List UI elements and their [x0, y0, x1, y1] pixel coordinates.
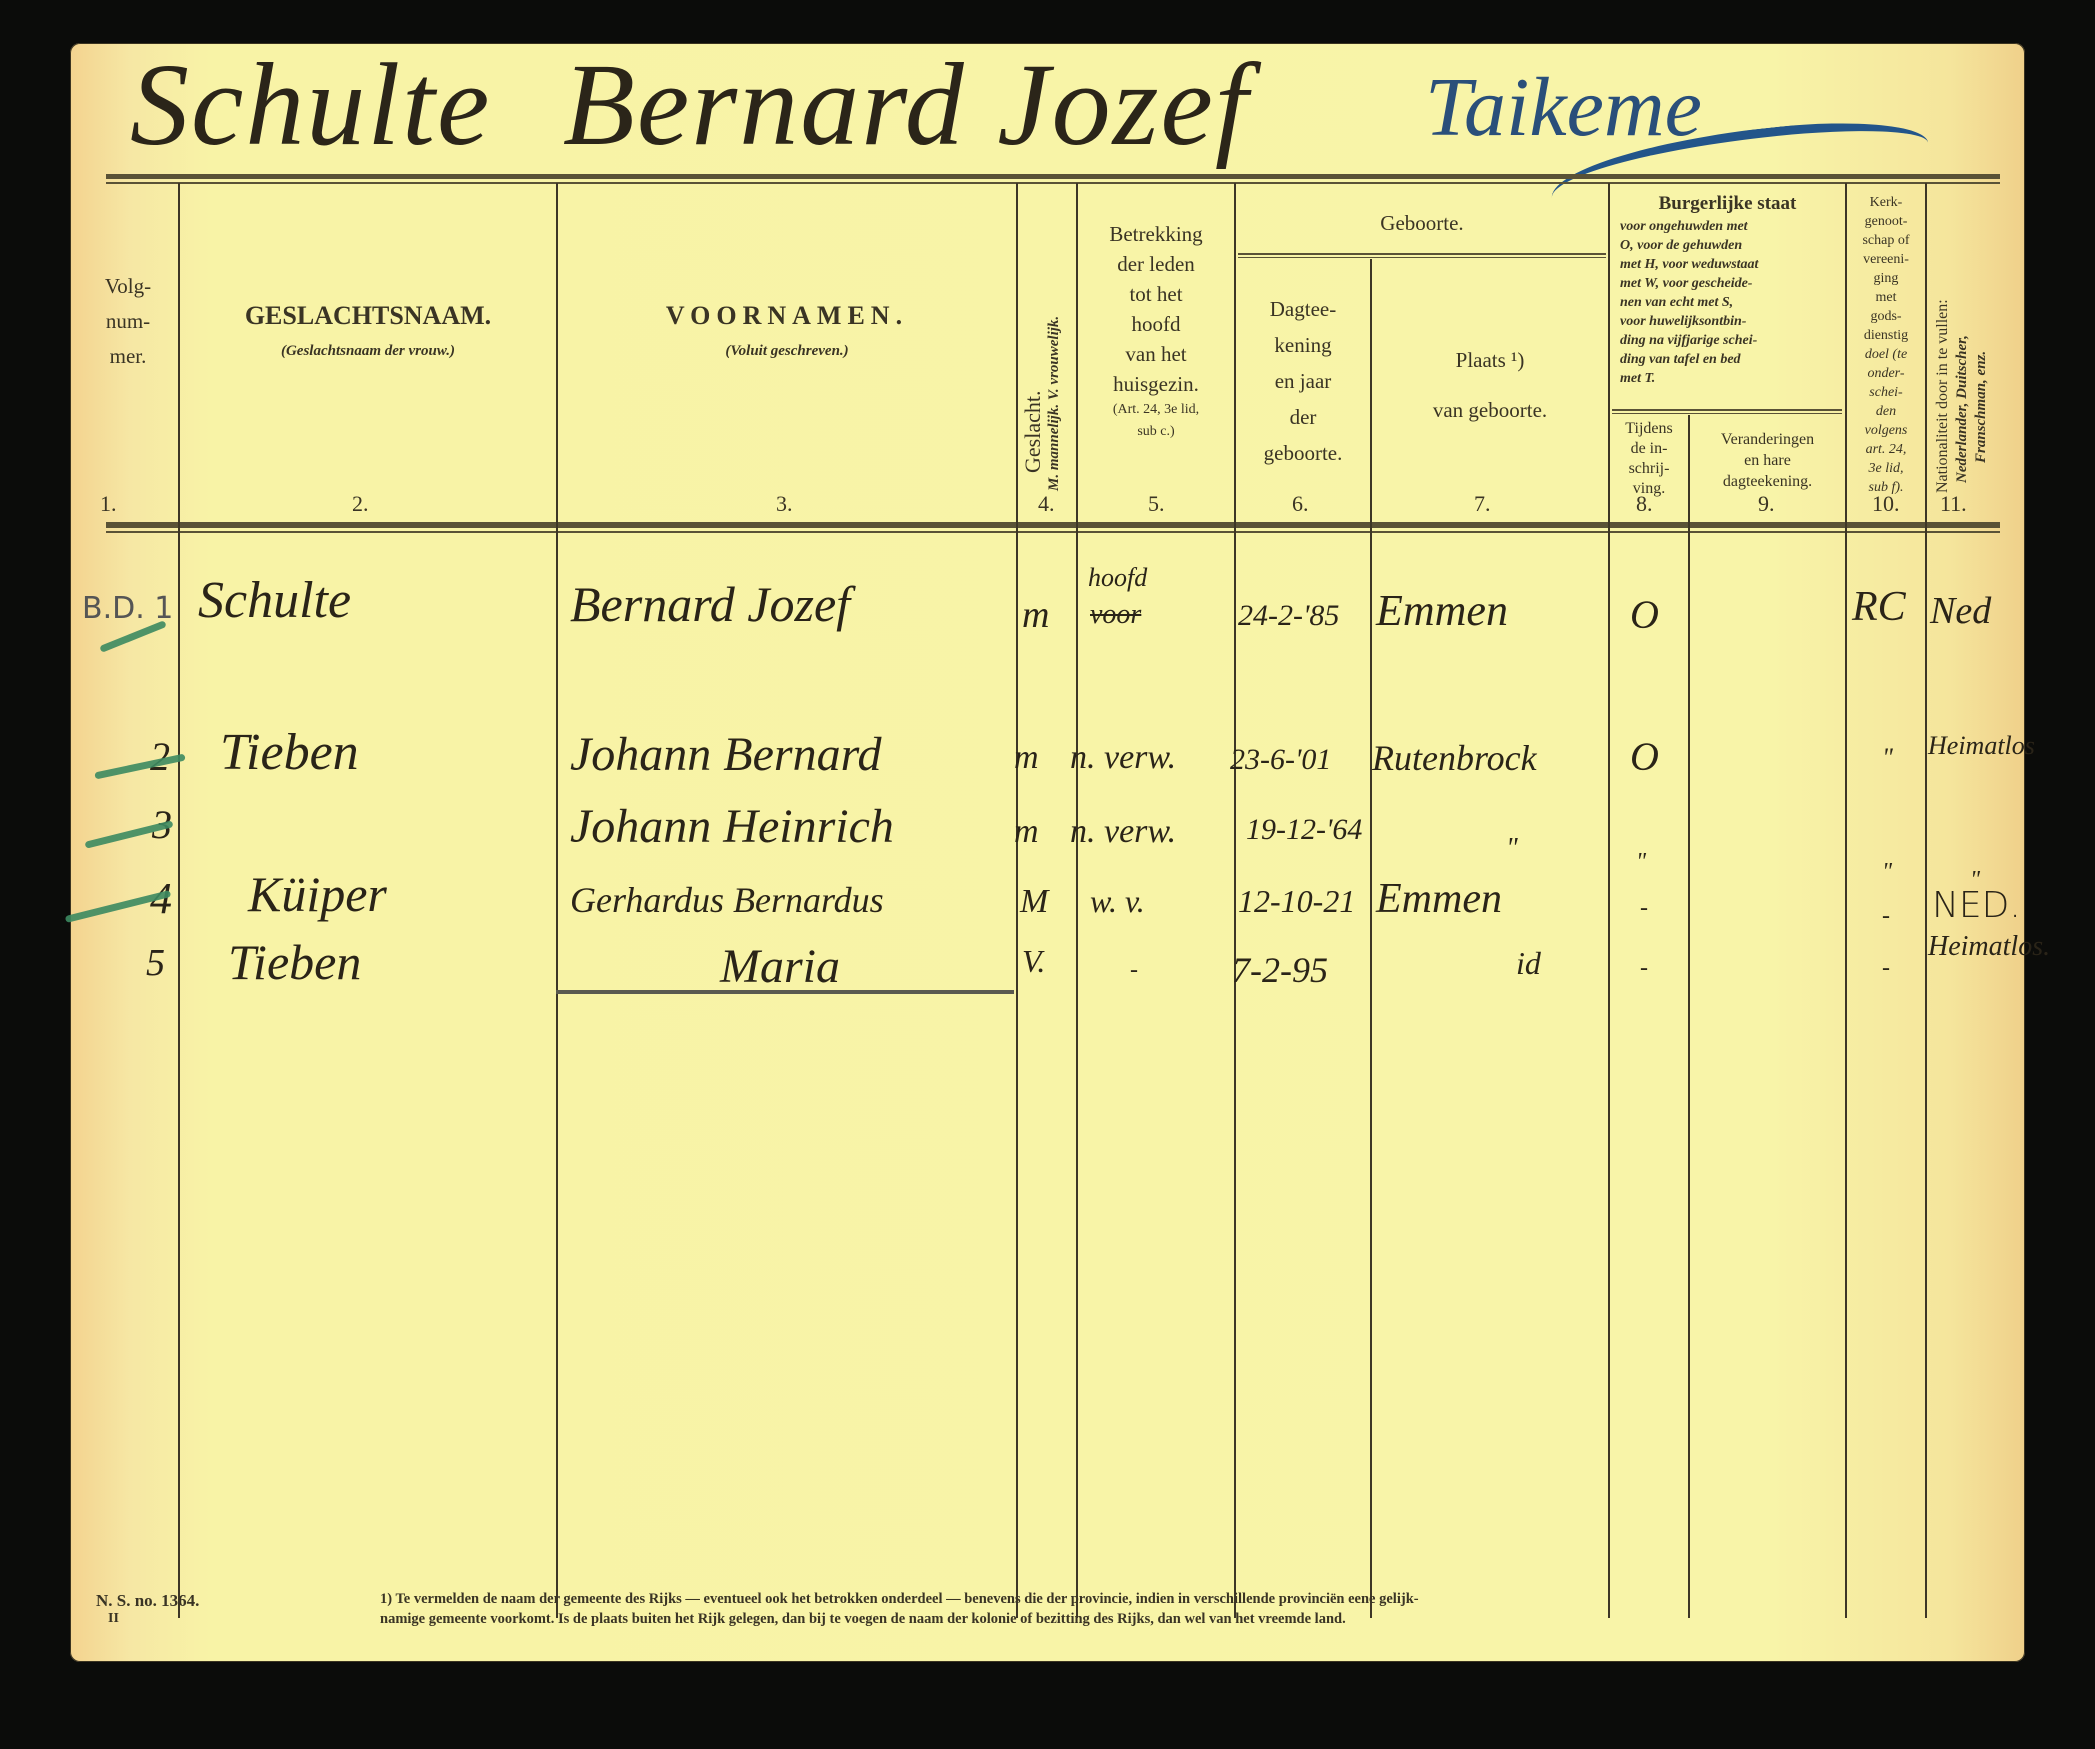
header-col11-sub2: Franschman, enz.: [1973, 351, 1990, 463]
header-col5-line: Betrekking: [1078, 219, 1234, 249]
form-sub: II: [108, 1611, 119, 1627]
row3-given-names: Johann Heinrich: [570, 799, 894, 854]
header-col8: Tijdens de in- schrij- ving.: [1610, 419, 1688, 499]
row2-religion: ": [1882, 743, 1893, 773]
desc-line: voor huwelijksontbin-: [1620, 312, 1845, 331]
row5-birthplace: id: [1516, 945, 1541, 982]
header-col9: Veranderingen en hare dagteekening.: [1690, 429, 1845, 492]
row5-birthdate: 7-2-95: [1232, 949, 1328, 991]
header-col1-line: num-: [80, 304, 176, 339]
header-col10-line: genoot-: [1847, 212, 1925, 231]
desc-line: ding van tafel en bed: [1620, 350, 1845, 369]
row1-nationality: Ned: [1930, 589, 1991, 633]
header-col5-line: hoofd: [1078, 309, 1234, 339]
row1-relation: hoofd: [1088, 563, 1147, 593]
row1-religion: RC: [1852, 583, 1906, 631]
col-divider-7: [1608, 183, 1610, 1618]
header-col9-line: Veranderingen: [1690, 429, 1845, 450]
row4-birthplace: Emmen: [1376, 875, 1502, 923]
row3-relation: n. verw.: [1070, 813, 1176, 851]
desc-line: ding na vijfjarige schei-: [1620, 331, 1845, 350]
header-col10: Kerk- genoot- schap of vereeni- ging met…: [1847, 193, 1925, 497]
header-col5-line: der leden: [1078, 249, 1234, 279]
header-col1: Volg- num- mer.: [80, 269, 176, 374]
row5-nationality: Heimatlos.: [1928, 931, 1998, 963]
row2-sex: m: [1014, 739, 1039, 777]
desc-line: O, voor de gehuwden: [1620, 236, 1845, 255]
header-col10-line: vereeni-: [1847, 250, 1925, 269]
geboorte-rule-2: [1238, 257, 1606, 258]
row4-relation: w. v.: [1090, 883, 1145, 920]
header-col9-line: dagteekening.: [1690, 471, 1845, 492]
row1-sex: m: [1022, 593, 1049, 637]
header-col10-line: 3e lid,: [1847, 459, 1925, 478]
row1-surname: Schulte: [198, 571, 351, 630]
header-burgerlijke-desc: voor ongehuwden met O, voor de gehuwden …: [1610, 217, 1845, 388]
row4-surname: Küiper: [248, 865, 387, 923]
header-col10-line: met: [1847, 288, 1925, 307]
row3-sex: m: [1014, 813, 1039, 851]
row1-birthplace: Emmen: [1376, 585, 1508, 636]
row3-birthplace: ": [1506, 833, 1518, 865]
header-col11-sub1: Nederlander, Duitscher,: [1954, 335, 1971, 483]
row3-civil-status: ": [1636, 849, 1646, 876]
row5-civil-status: -: [1640, 955, 1648, 982]
header-col5-sub: sub c.): [1078, 421, 1234, 443]
header-col10-line: volgens: [1847, 421, 1925, 440]
header-col3-title: VOORNAMEN.: [558, 301, 1016, 331]
header-col6-line: geboorte.: [1236, 435, 1370, 471]
row3-religion: ": [1882, 859, 1892, 886]
col-number-6: 6.: [1292, 491, 1309, 517]
header-col10-line: onder-: [1847, 364, 1925, 383]
header-col1-line: Volg-: [80, 269, 176, 304]
row2-surname: Tieben: [220, 723, 359, 782]
footnote-line-2: namige gemeente voorkomt. Is de plaats b…: [380, 1611, 1346, 1628]
header-col8-line: Tijdens: [1610, 419, 1688, 439]
row5-religion: -: [1882, 955, 1890, 982]
header-col1-line: mer.: [80, 339, 176, 374]
col-number-5: 5.: [1148, 491, 1165, 517]
row4-birthdate: 12-10-21: [1238, 883, 1355, 920]
col-divider-2: [556, 183, 558, 1618]
header-col5-line: tot het: [1078, 279, 1234, 309]
row5-given-names: Maria: [720, 939, 840, 994]
col-divider-6: [1370, 259, 1372, 1618]
footnote-line-1: 1) Te vermelden de naam der gemeente des…: [380, 1591, 1419, 1608]
desc-line: met W, voor gescheide-: [1620, 274, 1845, 293]
row4-civil-status: -: [1640, 895, 1648, 922]
header-rule-thick: [106, 522, 2000, 528]
header-col10-line: gods-: [1847, 307, 1925, 326]
col-number-1: 1.: [100, 491, 117, 517]
header-col7-line: Plaats ¹): [1372, 335, 1608, 385]
header-col3-sub: (Voluit geschreven.): [558, 343, 1016, 360]
row5-relation: -: [1130, 957, 1138, 984]
header-col10-line: doel (te: [1847, 345, 1925, 364]
col-divider-8: [1688, 415, 1690, 1618]
header-col2-sub: (Geslachtsnaam der vrouw.): [180, 343, 556, 360]
form-number: N. S. no. 1364.: [96, 1591, 199, 1611]
row2-nationality: Heimatlos: [1928, 733, 2008, 759]
header-col10-line: dienstig: [1847, 326, 1925, 345]
row5-sex: V.: [1022, 943, 1045, 980]
row4-sex: M: [1020, 883, 1048, 921]
header-col6-line: der: [1236, 399, 1370, 435]
col-number-7: 7.: [1474, 491, 1491, 517]
row1-birthdate: 24-2-'85: [1238, 599, 1339, 633]
header-col7: Plaats ¹) van geboorte.: [1372, 335, 1608, 435]
row1-civil-status: O: [1630, 591, 1659, 638]
row2-birthplace: Rutenbrock: [1372, 737, 1537, 779]
card-title-name: Schulte Bernard Jozef: [130, 37, 1250, 173]
header-col10-line: ging: [1847, 269, 1925, 288]
header-col10-line: schei-: [1847, 383, 1925, 402]
burgerlijke-rule-2: [1612, 413, 1842, 414]
header-col8-line: schrij-: [1610, 459, 1688, 479]
desc-line: met H, voor weduwstaat: [1620, 255, 1845, 274]
row1-relation-struck: voor: [1090, 599, 1141, 631]
register-card: Schulte Bernard Jozef Taikeme Volg- num-…: [70, 43, 2025, 1662]
header-col3: VOORNAMEN. (Voluit geschreven.): [558, 301, 1016, 360]
header-col5-line: van het: [1078, 339, 1234, 369]
header-col6-line: kening: [1236, 327, 1370, 363]
green-check-mark: [94, 754, 185, 780]
header-geboorte-group: Geboorte.: [1236, 211, 1608, 236]
header-burgerlijke-group: Burgerlijke staat voor ongehuwden met O,…: [1610, 193, 1845, 388]
burgerlijke-rule-1: [1612, 409, 1842, 411]
row5-underline: [556, 990, 1014, 994]
header-col4-sub: M. mannelijk. V. vrouwelijk.: [1046, 316, 1063, 491]
title-surname: Schulte: [130, 39, 491, 170]
header-col2: GESLACHTSNAAM. (Geslachtsnaam der vrouw.…: [180, 301, 556, 360]
header-col11-main: Nationaliteit door in te vullen:: [1934, 299, 1952, 493]
header-col6-line: Dagtee-: [1236, 291, 1370, 327]
col-divider-3: [1016, 183, 1018, 1618]
row4-nationality: NED.: [1932, 885, 2021, 926]
desc-line: met T.: [1620, 369, 1845, 388]
col-number-11: 11.: [1940, 491, 1967, 517]
header-col4-main: Geslacht.: [1020, 391, 1046, 473]
col-number-9: 9.: [1758, 491, 1775, 517]
col-divider-10: [1925, 183, 1927, 1618]
title-blue-annotation: Taikeme: [1425, 59, 1702, 156]
header-col10-line: art. 24,: [1847, 440, 1925, 459]
header-col10-line: Kerk-: [1847, 193, 1925, 212]
col-number-3: 3.: [776, 491, 793, 517]
col-number-4: 4.: [1038, 491, 1055, 517]
title-given-names: Bernard Jozef: [563, 39, 1250, 170]
header-col2-title: GESLACHTSNAAM.: [180, 301, 556, 331]
header-col6: Dagtee- kening en jaar der geboorte.: [1236, 291, 1370, 471]
desc-line: voor ongehuwden met: [1620, 217, 1845, 236]
title-rule-thick: [106, 174, 2000, 179]
row4-religion: -: [1882, 903, 1890, 930]
row5-volgnummer: 5: [146, 941, 165, 985]
row2-relation: n. verw.: [1070, 739, 1176, 777]
header-col5-line: huisgezin.: [1078, 369, 1234, 399]
row5-surname: Tieben: [228, 933, 361, 991]
row2-birthdate: 23-6-'01: [1230, 743, 1331, 777]
col-number-10: 10.: [1872, 491, 1900, 517]
row3-birthdate: 19-12-'64: [1246, 813, 1362, 847]
row4-given-names: Gerhardus Bernardus: [570, 879, 884, 921]
col-number-2: 2.: [352, 491, 369, 517]
desc-line: nen van echt met S,: [1620, 293, 1845, 312]
header-col6-line: en jaar: [1236, 363, 1370, 399]
header-burgerlijke-title: Burgerlijke staat: [1610, 193, 1845, 215]
col-divider-1: [178, 183, 180, 1618]
row2-civil-status: O: [1630, 733, 1659, 780]
col-number-8: 8.: [1636, 491, 1653, 517]
header-col5-sub: (Art. 24, 3e lid,: [1078, 399, 1234, 421]
header-col7-line: van geboorte.: [1372, 385, 1608, 435]
geboorte-rule-1: [1238, 253, 1606, 255]
row1-given-names: Bernard Jozef: [570, 575, 850, 633]
title-rule-thin: [106, 182, 2000, 184]
header-col9-line: en hare: [1690, 450, 1845, 471]
header-col8-line: de in-: [1610, 439, 1688, 459]
header-col10-line: schap of: [1847, 231, 1925, 250]
row2-given-names: Johann Bernard: [570, 727, 882, 782]
header-col5: Betrekking der leden tot het hoofd van h…: [1078, 219, 1234, 443]
header-col10-line: den: [1847, 402, 1925, 421]
header-rule-thin: [106, 531, 2000, 533]
